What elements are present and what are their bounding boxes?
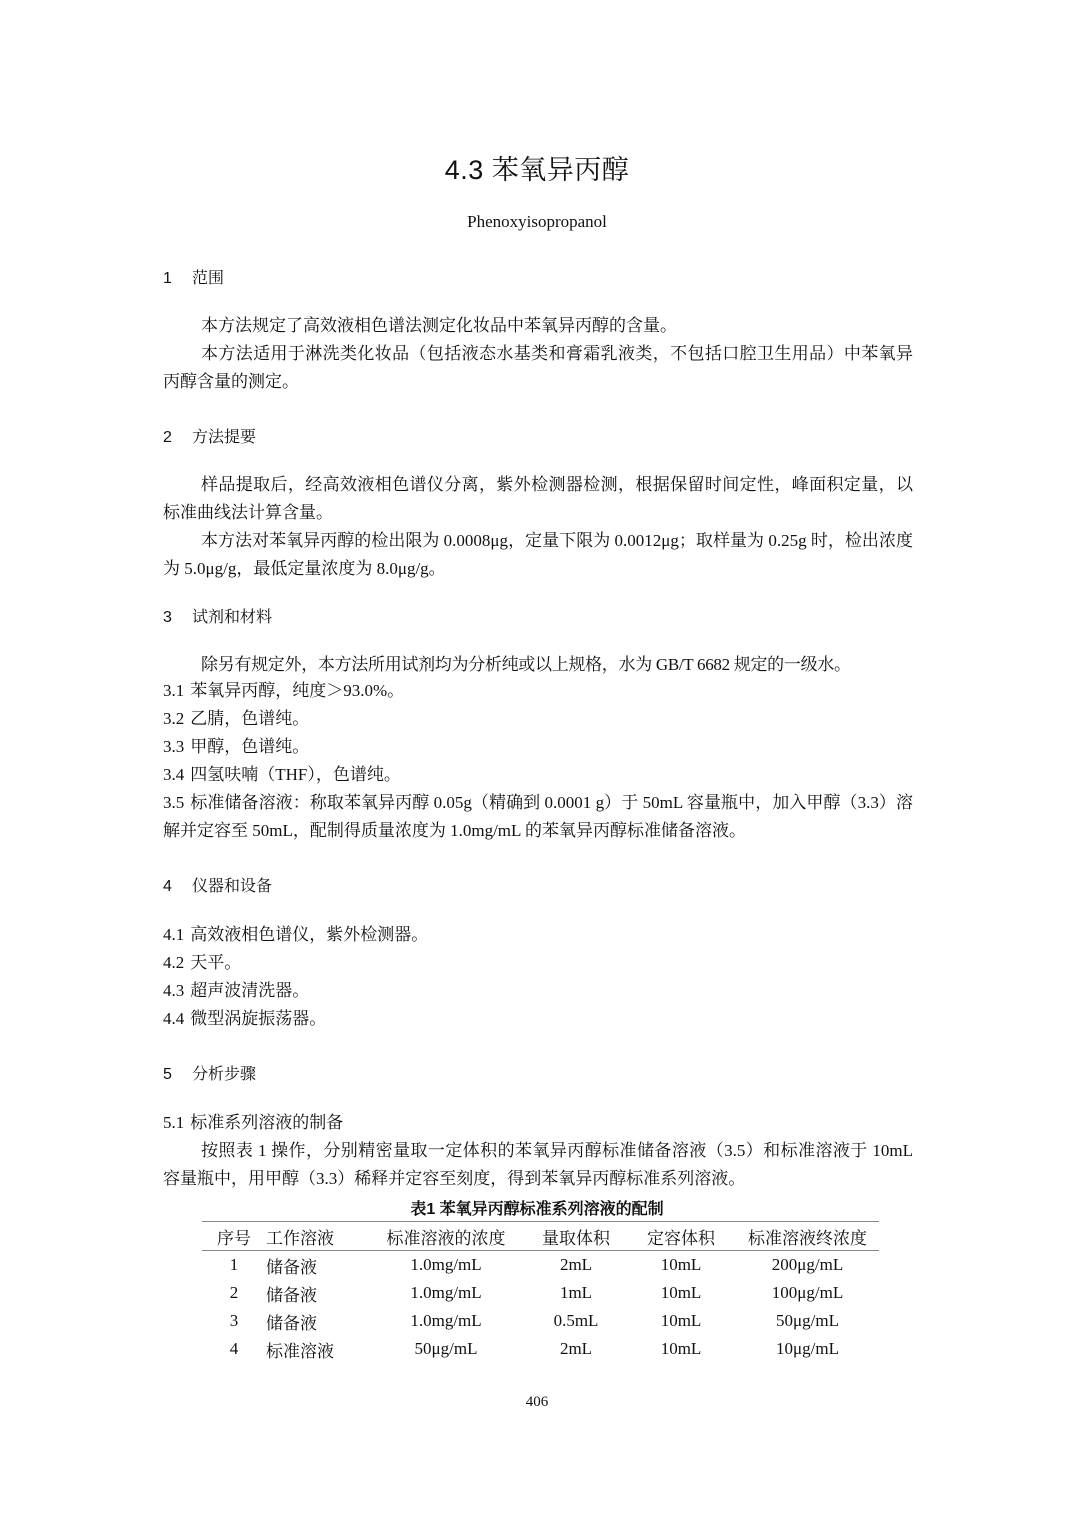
item-number: 3.1 (163, 681, 184, 700)
table-cell: 50μg/mL (736, 1307, 879, 1335)
list-item: 3.4四氢呋喃（THF），色谱纯。 (163, 761, 923, 789)
table-header-row: 序号 工作溶液 标准溶液的浓度 量取体积 定容体积 标准溶液终浓度 (202, 1222, 879, 1251)
section-heading-procedure: 5分析步骤 (163, 1061, 256, 1084)
list-item: 3.2乙腈，色谱纯。 (163, 705, 923, 733)
item-text: 标准系列溶液的制备 (190, 1113, 343, 1132)
column-header: 工作溶液 (266, 1222, 366, 1251)
document-page: 4.3 苯氧异丙醇 Phenoxyisopropanol 1范围 本方法规定了高… (0, 0, 1074, 1520)
item-number: 4.3 (163, 981, 184, 1000)
column-header: 标准溶液的浓度 (366, 1222, 526, 1251)
item-text: 天平。 (190, 953, 241, 972)
table-row: 3 储备液 1.0mg/mL 0.5mL 10mL 50μg/mL (202, 1307, 879, 1335)
table-cell: 10μg/mL (736, 1335, 879, 1363)
section-heading-apparatus: 4仪器和设备 (163, 873, 272, 896)
section-heading-principle: 2方法提要 (163, 424, 256, 447)
table-cell: 10mL (626, 1279, 736, 1307)
column-header: 标准溶液终浓度 (736, 1222, 879, 1251)
list-item: 3.1苯氧异丙醇，纯度＞93.0%。 (163, 677, 923, 705)
section-title: 试剂和材料 (192, 609, 272, 626)
document-title: 4.3 苯氧异丙醇 (0, 148, 1074, 187)
section-number: 1 (163, 270, 192, 288)
section-number: 2 (163, 429, 192, 447)
list-item: 3.5标准储备溶液：称取苯氧异丙醇 0.05g（精确到 0.0001 g）于 5… (163, 789, 913, 845)
section-title: 仪器和设备 (192, 878, 272, 895)
section-number: 3 (163, 609, 192, 627)
list-item: 4.4微型涡旋振荡器。 (163, 1005, 923, 1033)
item-text: 四氢呋喃（THF），色谱纯。 (190, 765, 401, 784)
item-number: 4.4 (163, 1009, 184, 1028)
table-cell: 2mL (526, 1251, 626, 1280)
item-text: 乙腈，色谱纯。 (190, 709, 309, 728)
page-number: 406 (0, 1394, 1074, 1411)
table-cell: 10mL (626, 1307, 736, 1335)
section-title: 分析步骤 (192, 1066, 256, 1083)
table-cell: 1mL (526, 1279, 626, 1307)
item-text: 微型涡旋振荡器。 (190, 1009, 326, 1028)
table-cell: 2 (202, 1279, 266, 1307)
table-caption: 表1 苯氧异丙醇标准系列溶液的配制 (0, 1196, 1074, 1219)
section-heading-scope: 1范围 (163, 265, 224, 288)
table-cell: 储备液 (266, 1307, 366, 1335)
section-heading-reagents: 3试剂和材料 (163, 604, 272, 627)
item-number: 3.3 (163, 737, 184, 756)
subsection-heading: 5.1标准系列溶液的制备 (163, 1109, 923, 1137)
paragraph: 本方法对苯氧异丙醇的检出限为 0.0008μg，定量下限为 0.0012μg；取… (163, 527, 913, 583)
table-cell: 1.0mg/mL (366, 1307, 526, 1335)
table-cell: 3 (202, 1307, 266, 1335)
paragraph: 按照表 1 操作，分别精密量取一定体积的苯氧异丙醇标准储备溶液（3.5）和标准溶… (163, 1137, 913, 1193)
section-number: 4 (163, 878, 192, 896)
table-cell: 4 (202, 1335, 266, 1363)
standard-series-table: 序号 工作溶液 标准溶液的浓度 量取体积 定容体积 标准溶液终浓度 1 储备液 … (202, 1221, 879, 1363)
paragraph: 除另有规定外，本方法所用试剂均为分析纯或以上规格，水为 GB/T 6682 规定… (163, 651, 923, 679)
item-text: 高效液相色谱仪，紫外检测器。 (190, 925, 428, 944)
table-cell: 储备液 (266, 1251, 366, 1280)
table-cell: 10mL (626, 1335, 736, 1363)
table-row: 2 储备液 1.0mg/mL 1mL 10mL 100μg/mL (202, 1279, 879, 1307)
table-row: 4 标准溶液 50μg/mL 2mL 10mL 10μg/mL (202, 1335, 879, 1363)
list-item: 3.3甲醇，色谱纯。 (163, 733, 923, 761)
item-number: 5.1 (163, 1113, 184, 1132)
paragraph: 本方法适用于淋洗类化妆品（包括液态水基类和膏霜乳液类，不包括口腔卫生用品）中苯氧… (163, 340, 913, 396)
item-number: 4.2 (163, 953, 184, 972)
paragraph: 本方法规定了高效液相色谱法测定化妆品中苯氧异丙醇的含量。 (163, 312, 913, 340)
column-header: 定容体积 (626, 1222, 736, 1251)
table-row: 1 储备液 1.0mg/mL 2mL 10mL 200μg/mL (202, 1251, 879, 1280)
item-number: 4.1 (163, 925, 184, 944)
document-subtitle: Phenoxyisopropanol (0, 212, 1074, 232)
table-cell: 0.5mL (526, 1307, 626, 1335)
paragraph: 样品提取后，经高效液相色谱仪分离，紫外检测器检测，根据保留时间定性，峰面积定量，… (163, 471, 913, 527)
item-text: 甲醇，色谱纯。 (190, 737, 309, 756)
table-cell: 储备液 (266, 1279, 366, 1307)
table-cell: 1.0mg/mL (366, 1251, 526, 1280)
item-text: 标准储备溶液：称取苯氧异丙醇 0.05g（精确到 0.0001 g）于 50mL… (163, 793, 913, 840)
column-header: 量取体积 (526, 1222, 626, 1251)
list-item: 4.2天平。 (163, 949, 923, 977)
column-header: 序号 (202, 1222, 266, 1251)
list-item: 4.3超声波清洗器。 (163, 977, 923, 1005)
table-cell: 50μg/mL (366, 1335, 526, 1363)
item-number: 3.4 (163, 765, 184, 784)
section-title: 范围 (192, 270, 224, 287)
table-cell: 2mL (526, 1335, 626, 1363)
section-number: 5 (163, 1066, 192, 1084)
item-text: 超声波清洗器。 (190, 981, 309, 1000)
table-cell: 1 (202, 1251, 266, 1280)
item-number: 3.5 (163, 793, 184, 812)
item-text: 苯氧异丙醇，纯度＞93.0%。 (190, 681, 404, 700)
table-cell: 1.0mg/mL (366, 1279, 526, 1307)
table-cell: 100μg/mL (736, 1279, 879, 1307)
table-cell: 标准溶液 (266, 1335, 366, 1363)
section-title: 方法提要 (192, 429, 256, 446)
list-item: 4.1高效液相色谱仪，紫外检测器。 (163, 921, 923, 949)
table-cell: 200μg/mL (736, 1251, 879, 1280)
item-number: 3.2 (163, 709, 184, 728)
table-cell: 10mL (626, 1251, 736, 1280)
